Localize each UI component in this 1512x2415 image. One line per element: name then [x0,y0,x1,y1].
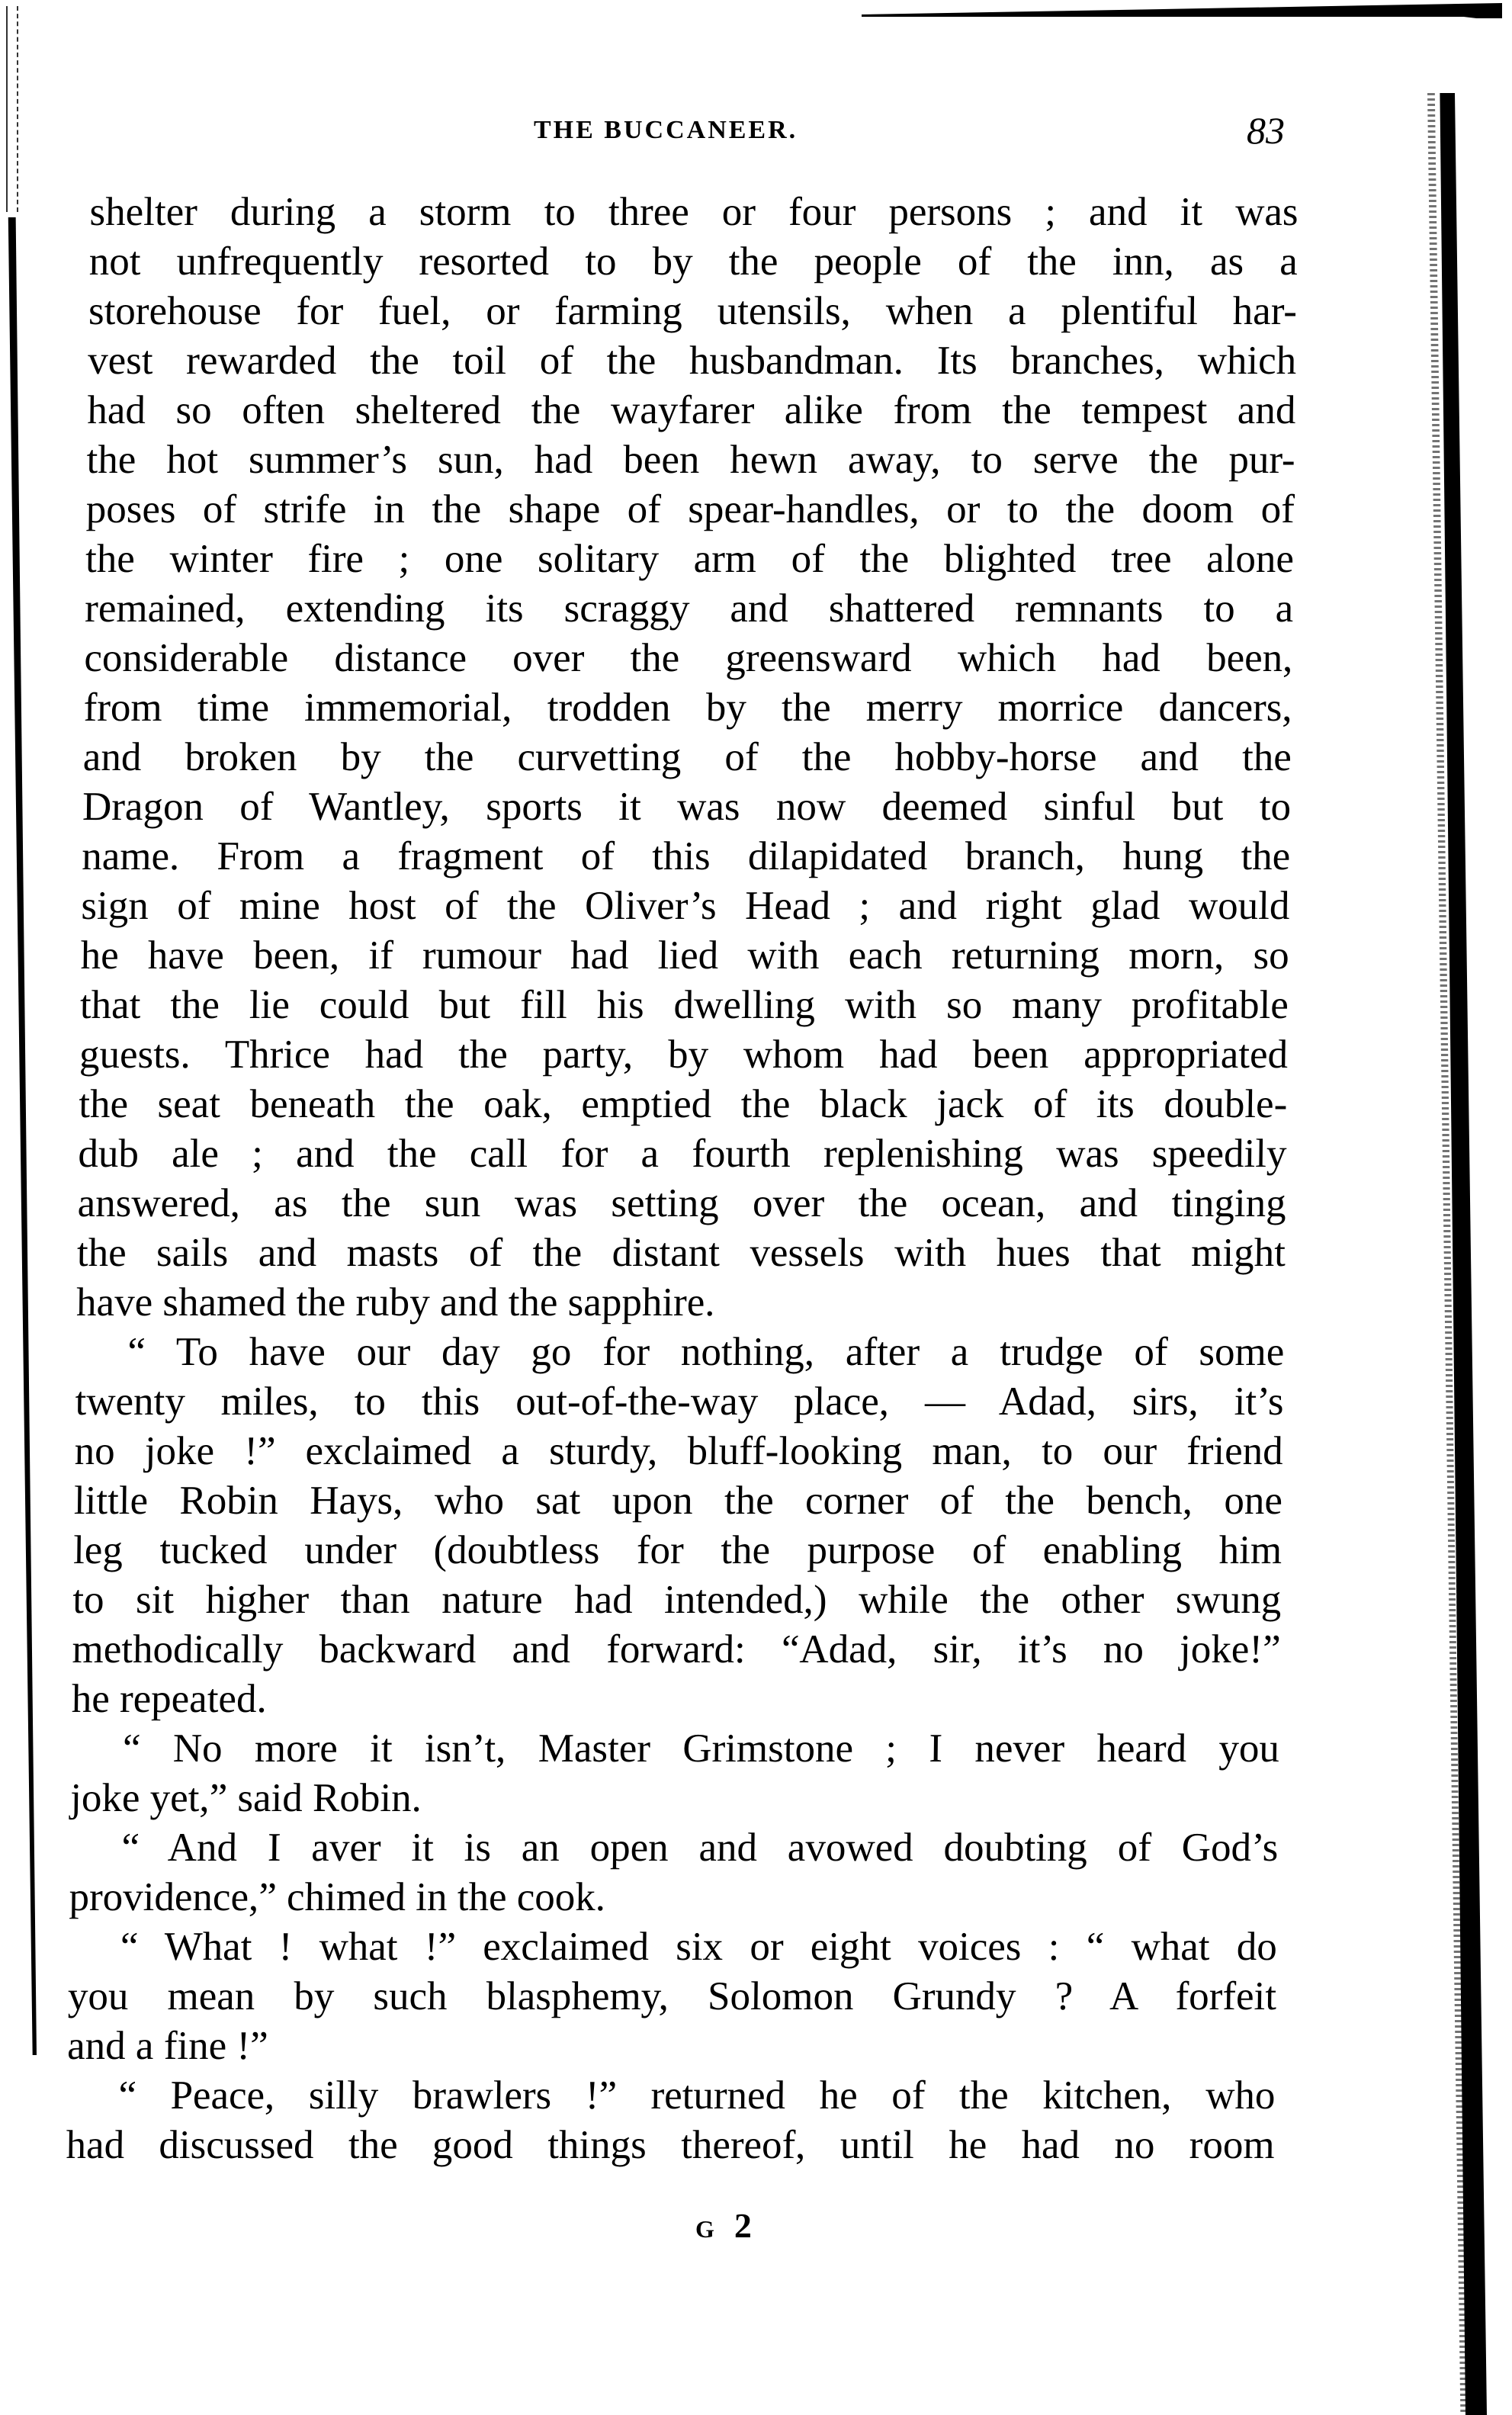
text-line: from time immemorial, trodden by the mer… [83,683,1292,733]
text-line: had so often sheltered the wayfarer alik… [87,386,1296,435]
text-line: the seat beneath the oak, emptied the bl… [79,1080,1288,1129]
page-number: 83 [1247,108,1285,153]
page-edge-top-rule [862,3,1502,18]
text-line: methodically backward and forward: “Adad… [72,1625,1281,1675]
running-head: THE BUCCANEER. 83 [526,116,1304,154]
signature-mark: G2 [695,2205,752,2246]
text-line: considerable distance over the greenswar… [84,634,1293,683]
text-line: “ No more it isn’t, Master Grimstone ; I… [71,1724,1280,1774]
text-line: had discussed the good things thereof, u… [66,2121,1275,2170]
text-line: Dragon of Wantley, sports it was now dee… [82,782,1292,832]
text-line: shelter during a storm to three or four … [89,188,1299,237]
text-line: the hot summer’s sun, had been hewn away… [86,435,1295,485]
text-line: “ Peace, silly brawlers !” returned he o… [66,2071,1276,2121]
text-line: leg tucked under (doubtless for the purp… [73,1526,1282,1575]
page-edge-left-shadow [8,217,37,2055]
text-line: name. From a fragment of this dilapidate… [82,832,1291,882]
text-line: joke yet,” said Robin. [70,1774,1279,1823]
text-line: vest rewarded the toil of the husbandman… [88,336,1297,386]
text-line: storehouse for fuel, or farming utensils… [88,287,1298,336]
text-line: sign of mine host of the Oliver’s Head ;… [81,882,1290,931]
text-line: answered, as the sun was setting over th… [77,1179,1286,1228]
text-line: “ And I aver it is an open and avowed do… [69,1823,1279,1873]
text-line: to sit higher than nature had intended,)… [72,1575,1282,1625]
text-line: remained, extending its scraggy and shat… [85,584,1294,634]
text-line: and a fine !” [67,2022,1276,2071]
text-line: have shamed the ruby and the sapphire. [76,1278,1286,1328]
text-line: you mean by such blasphemy, Solomon Grun… [68,1972,1277,2022]
text-line: he have been, if rumour had lied with ea… [80,931,1289,981]
body-text: shelter during a storm to three or four … [66,188,1299,2170]
text-line: the winter fire ; one solitary arm of th… [85,535,1295,584]
running-title: THE BUCCANEER. [534,116,798,145]
text-line: providence,” chimed in the cook. [69,1873,1278,1922]
text-line: little Robin Hays, who sat upon the corn… [74,1476,1283,1526]
text-line: he repeated. [71,1675,1280,1724]
text-line: guests. Thrice had the party, by whom ha… [79,1030,1289,1080]
signature-number: 2 [734,2206,752,2245]
text-line: dub ale ; and the call for a fourth repl… [78,1129,1287,1179]
text-line: not unfrequently resorted to by the peop… [88,237,1298,287]
page-edge-left-marks [6,6,18,212]
text-line: that the lie could but fill his dwelling… [79,981,1289,1030]
text-line: the sails and masts of the distant vesse… [77,1228,1286,1278]
signature-letter: G [695,2215,714,2243]
text-line: and broken by the curvetting of the hobb… [82,733,1292,782]
text-line: twenty miles, to this out-of-the-way pla… [75,1377,1284,1427]
text-line: “ To have our day go for nothing, after … [75,1328,1285,1377]
text-line: no joke !” exclaimed a sturdy, bluff-loo… [74,1427,1283,1476]
text-line: “ What ! what !” exclaimed six or eight … [68,1922,1277,1972]
text-line: poses of strife in the shape of spear-ha… [85,485,1295,535]
